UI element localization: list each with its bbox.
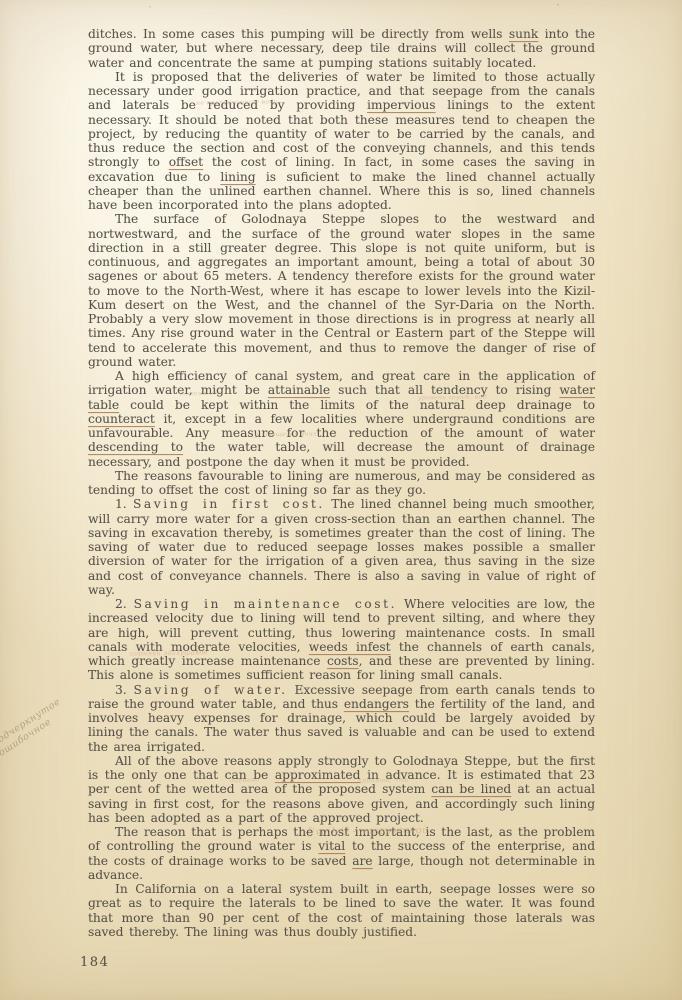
text-run: 2. xyxy=(115,597,134,611)
paragraph: The reasons favourable to lining are num… xyxy=(88,469,595,498)
pencil-underlined-word: can be lined xyxy=(431,782,511,796)
text-run: ditches. In some cases this pumping will… xyxy=(88,27,509,41)
spaced-heading: Saving of water. xyxy=(134,683,288,697)
text-run: The surface of Golodnaya Steppe slopes t… xyxy=(88,212,595,369)
pencil-underlined-word: sunk xyxy=(509,27,538,41)
pencil-speck-left: ˄ xyxy=(148,6,152,13)
spaced-heading: Saving in first cost. xyxy=(133,497,325,511)
text-run: it, except in a few localities where und… xyxy=(88,412,595,440)
paragraph: 1. Saving in first cost. The lined chann… xyxy=(88,497,595,597)
text-run: The reasons favourable to lining are num… xyxy=(88,469,595,497)
pencil-underlined-word: weeds infest xyxy=(309,640,391,654)
pencil-underlined-word: counteract xyxy=(88,412,155,426)
spaced-heading: Saving in maintenance cost. xyxy=(134,597,398,611)
pencil-underlined-word: are xyxy=(352,854,372,868)
paragraph: In California on a lateral system built … xyxy=(88,882,595,939)
scanned-book-page: ditches. In some cases this pumping will… xyxy=(0,0,682,1000)
paragraph: The surface of Golodnaya Steppe slopes t… xyxy=(88,212,595,369)
paragraph: A high efficiency of canal system, and g… xyxy=(88,369,595,469)
text-run: The lined channel being much smoother, w… xyxy=(88,497,595,597)
paragraph: It is proposed that the deliveries of wa… xyxy=(88,70,595,213)
paragraph: All of the above reasons apply strongly … xyxy=(88,754,595,825)
paragraph: 3. Saving of water. Excessive seepage fr… xyxy=(88,683,595,754)
pencil-underlined-word: attainable xyxy=(268,383,330,397)
pencil-underlined-word: costs xyxy=(327,654,359,668)
pencil-underlined-word: lining xyxy=(220,170,255,184)
text-run: could be kept within the limits of the n… xyxy=(119,398,595,412)
text-run: 3. xyxy=(115,683,134,697)
text-run: 1. xyxy=(115,497,133,511)
paragraph: 2. Saving in maintenance cost. Where vel… xyxy=(88,597,595,683)
pencil-underlined-word: descending to xyxy=(88,440,183,454)
margin-handwritten-note: подчеркнутое ошибочное xyxy=(0,696,69,758)
pencil-speck-top: · xyxy=(556,2,560,9)
text-run: In California on a lateral system built … xyxy=(88,882,595,939)
pencil-underlined-word: impervious xyxy=(367,98,436,112)
page-number: 184 xyxy=(80,955,109,970)
pencil-underlined-word: vital xyxy=(318,839,345,853)
pencil-underlined-word: endangers xyxy=(344,697,409,711)
pencil-underlined-word: offset xyxy=(169,155,203,169)
paragraph: The reason that is perhaps the most impo… xyxy=(88,825,595,882)
text-run: such that all tendency to rising xyxy=(330,383,559,397)
paragraph: ditches. In some cases this pumping will… xyxy=(88,27,595,70)
page-text: ditches. In some cases this pumping will… xyxy=(88,27,595,939)
pencil-underlined-word: approximated xyxy=(275,768,361,782)
